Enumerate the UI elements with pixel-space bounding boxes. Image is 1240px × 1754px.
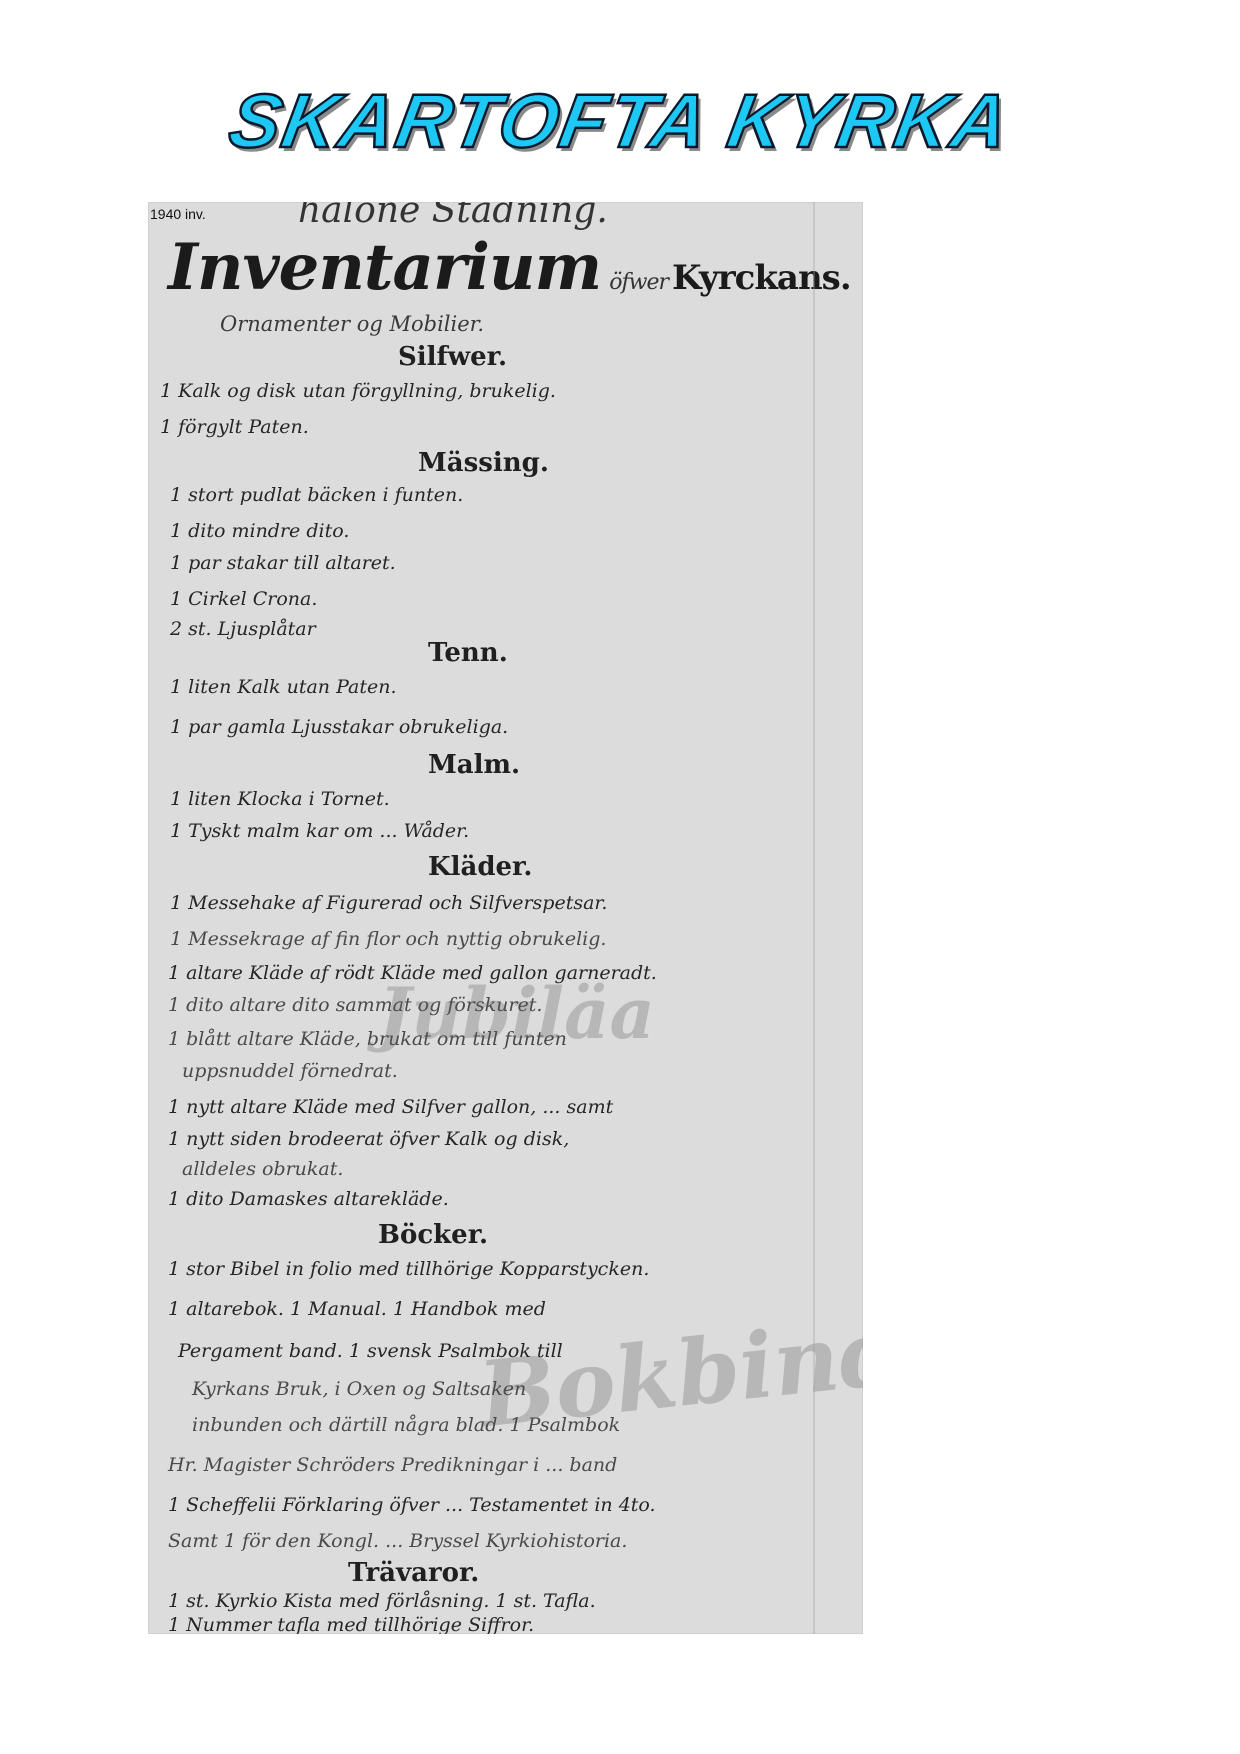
section-heading-woodwork: Trävaror. bbox=[348, 1558, 479, 1588]
entry: alldeles obrukat. bbox=[182, 1158, 343, 1180]
entry: Pergament band. 1 svensk Psalmbok till bbox=[178, 1340, 563, 1362]
entry: 2 st. Ljusplåtar bbox=[170, 618, 316, 640]
entry: 1 par stakar till altaret. bbox=[170, 552, 396, 574]
section-heading-textiles: Kläder. bbox=[428, 852, 532, 882]
entry: 1 Messehake af Figurerad och Silfverspet… bbox=[170, 892, 607, 914]
entry: uppsnuddel förnedrat. bbox=[182, 1060, 398, 1082]
entry: Hr. Magister Schröders Predikningar i ..… bbox=[168, 1454, 617, 1476]
entry: 1 nytt siden brodeerat öfver Kalk og dis… bbox=[168, 1128, 569, 1150]
entry: 1 altarebok. 1 Manual. 1 Handbok med bbox=[168, 1298, 546, 1320]
entry: 1 dito mindre dito. bbox=[170, 520, 349, 542]
entry: 1 st. Kyrkio Kista med förlåsning. 1 st.… bbox=[168, 1590, 596, 1612]
entry: 1 stor Bibel in folio med tillhörige Kop… bbox=[168, 1258, 649, 1280]
manuscript-subtitle: Ornamenter og Mobilier. bbox=[220, 312, 484, 336]
page-title: SKARTOFTA KYRKA bbox=[0, 78, 1240, 165]
title-small-word: öfwer bbox=[609, 270, 668, 295]
entry: Kyrkans Bruk, i Oxen og Saltsaken bbox=[192, 1378, 526, 1400]
entry: 1 stort pudlat bäcken i funten. bbox=[170, 484, 463, 506]
section-heading-books: Böcker. bbox=[378, 1220, 488, 1250]
entry: 1 dito Damaskes altarekläde. bbox=[168, 1188, 449, 1210]
entry: 1 liten Kalk utan Paten. bbox=[170, 676, 396, 698]
section-heading-tin: Tenn. bbox=[428, 638, 508, 668]
entry: 1 förgylt Paten. bbox=[160, 416, 309, 438]
inventory-year-label: 1940 inv. bbox=[150, 206, 206, 222]
entry: inbunden och därtill några blad. 1 Psalm… bbox=[192, 1414, 620, 1436]
entry: 1 Nummer tafla med tillhörige Siffror. bbox=[168, 1614, 534, 1634]
entry: 1 par gamla Ljusstakar obrukeliga. bbox=[170, 716, 508, 738]
entry: Samt 1 för den Kongl. ... Bryssel Kyrkio… bbox=[168, 1530, 627, 1552]
entry: 1 Kalk og disk utan förgyllning, brukeli… bbox=[160, 380, 556, 402]
title-main-word: Inventarium bbox=[168, 230, 601, 305]
section-heading-brass: Mässing. bbox=[418, 448, 549, 478]
cut-off-top-line: hålone Stadning. bbox=[298, 202, 608, 231]
title-gothic-word: Kyrckans. bbox=[672, 258, 851, 298]
scanned-manuscript: 1940 inv. hålone Stadning. Inventariumöf… bbox=[148, 202, 863, 1634]
entry: 1 Scheffelii Förklaring öfver ... Testam… bbox=[168, 1494, 656, 1516]
entry: 1 Tyskt malm kar om ... Wåder. bbox=[170, 820, 469, 842]
entry: 1 nytt altare Kläde med Silfver gallon, … bbox=[168, 1096, 613, 1118]
entry: 1 Cirkel Crona. bbox=[170, 588, 317, 610]
section-heading-silver: Silfwer. bbox=[398, 342, 507, 372]
manuscript-title: InventariumöfwerKyrckans. bbox=[168, 230, 851, 305]
bleed-through-text: Jubiläa bbox=[378, 972, 655, 1055]
entry: 1 liten Klocka i Tornet. bbox=[170, 788, 390, 810]
section-heading-metal: Malm. bbox=[428, 750, 520, 780]
entry: 1 Messekrage af fin flor och nyttig obru… bbox=[170, 928, 606, 950]
